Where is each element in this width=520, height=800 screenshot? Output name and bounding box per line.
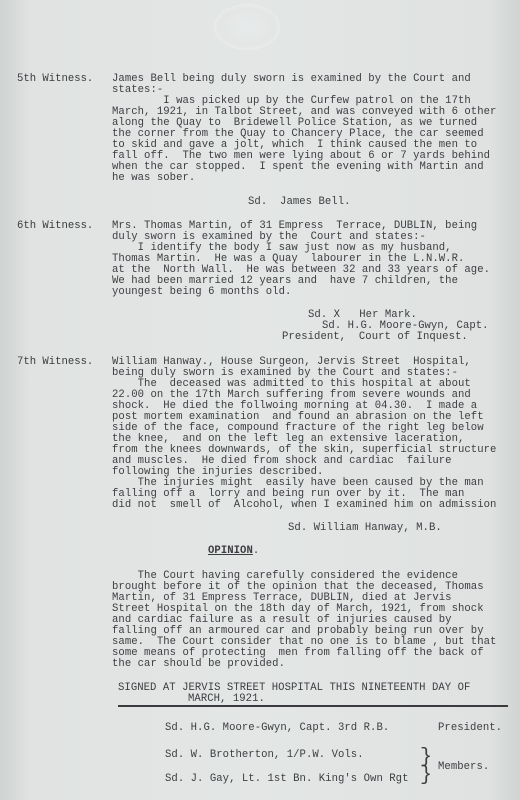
signed-at-line: SIGNED AT JERVIS STREET HOSPITAL THIS NI…	[118, 683, 470, 694]
opinion-heading-suffix: .	[253, 545, 259, 557]
divider-rule	[118, 705, 508, 707]
signed-at-date: MARCH, 1921.	[188, 694, 265, 705]
witness-label-5: 5th Witness.	[17, 74, 93, 85]
president-signature: Sd. H.G. Moore-Gwyn, Capt. 3rd R.B.	[165, 723, 389, 734]
witness-5-line: James Bell being duly sworn is examined …	[112, 74, 471, 85]
member-signature: Sd. W. Brotherton, 1/P.W. Vols.	[165, 750, 364, 761]
member-signature: Sd. J. Gay, Lt. 1st Bn. King's Own Rgt	[165, 774, 408, 785]
witness-6-line: youngest being 6 months old.	[112, 287, 291, 298]
witness-7-signature: Sd. William Hanway, M.B.	[288, 523, 442, 534]
witness-5-signature: Sd. James Bell.	[248, 197, 351, 208]
witness-6-signature: President, Court of Inquest.	[282, 332, 468, 343]
witness-5-line: he was sober.	[112, 173, 195, 184]
witness-label-7: 7th Witness.	[17, 357, 93, 368]
embossed-seal-icon	[214, 4, 280, 50]
president-role: President.	[438, 723, 502, 734]
brace-icon: }	[420, 766, 432, 786]
document-page: 5th Witness. James Bell being duly sworn…	[0, 0, 520, 800]
opinion-heading-text: OPINION	[208, 545, 253, 557]
opinion-heading: OPINION.	[208, 546, 259, 557]
witness-7-line: did not smell of Alcohol, when I examine…	[112, 500, 496, 511]
witness-label-6: 6th Witness.	[17, 221, 93, 232]
members-label: Members.	[438, 762, 489, 773]
opinion-line: the car should be provided.	[112, 659, 285, 670]
